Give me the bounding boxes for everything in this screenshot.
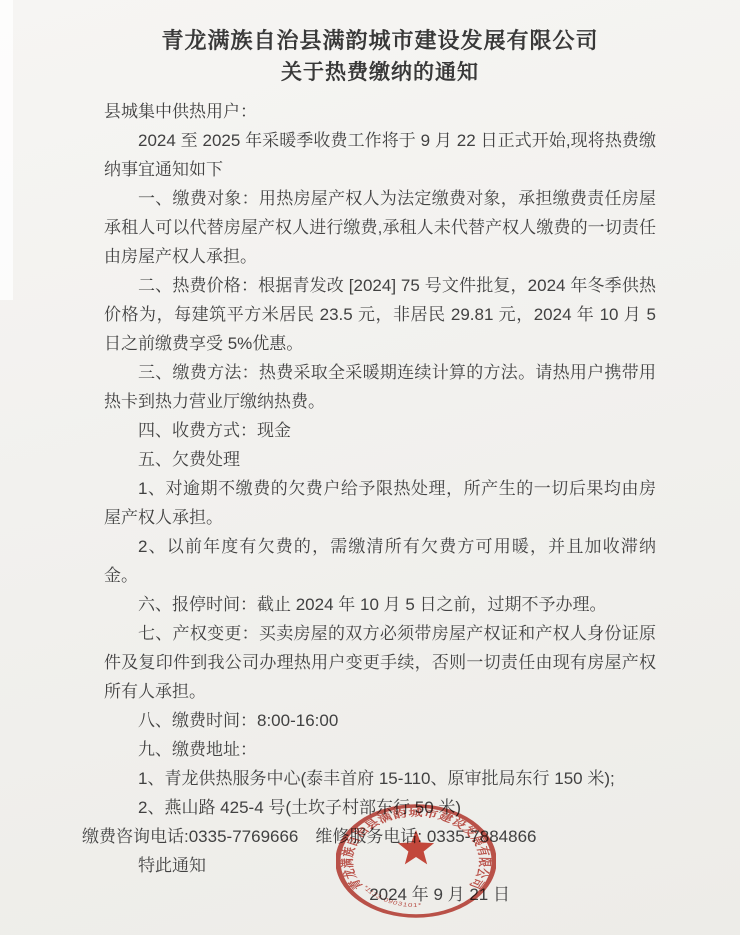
company-title: 青龙满族自治县满韵城市建设发展有限公司 — [104, 24, 656, 57]
notice-item: 一、缴费对象：用热房屋产权人为法定缴费对象，承担缴费责任房屋承租人可以代替房屋产… — [104, 184, 656, 271]
notice-item: 三、缴费方法：热费采取全采暖期连续计算的方法。请热用户携带用热卡到热力营业厅缴纳… — [104, 358, 656, 416]
notice-item: 七、产权变更：买卖房屋的双方必须带房屋产权证和产权人身份证原件及复印件到我公司办… — [104, 619, 656, 706]
notice-item: 1、对逾期不缴费的欠费户给予限热处理，所产生的一切后果均由房屋产权人承担。 — [104, 474, 656, 532]
official-seal-stamp: 青龙满族自治县满韵城市建设发展有限公司 *1133-0903101* — [336, 800, 496, 920]
notice-item: 二、热费价格：根据青发改 [2024] 75 号文件批复，2024 年冬季供热价… — [104, 271, 656, 358]
seal-star-icon — [398, 830, 434, 864]
notice-items: 一、缴费对象：用热房屋产权人为法定缴费对象，承担缴费责任房屋承租人可以代替房屋产… — [104, 184, 656, 822]
notice-item: 2、以前年度有欠费的，需缴清所有欠费方可用暖，并且加收滞纳金。 — [104, 532, 656, 590]
notice-item: 1、青龙供热服务中心(泰丰首府 15-110、原审批局东行 150 米); — [104, 764, 656, 793]
salutation: 县城集中供热用户： — [104, 97, 656, 126]
notice-item: 四、收费方式：现金 — [104, 416, 656, 445]
scan-edge-artifact — [0, 0, 13, 300]
notice-item: 五、欠费处理 — [104, 445, 656, 474]
scanned-notice-page: 青龙满族自治县满韵城市建设发展有限公司 关于热费缴纳的通知 县城集中供热用户： … — [0, 0, 740, 935]
notice-item: 六、报停时间：截止 2024 年 10 月 5 日之前，过期不予办理。 — [104, 590, 656, 619]
notice-item: 八、缴费时间：8:00-16:00 — [104, 706, 656, 735]
seal-ring-circle — [338, 806, 494, 916]
notice-title: 关于热费缴纳的通知 — [104, 57, 656, 89]
intro-paragraph: 2024 至 2025 年采暖季收费工作将于 9 月 22 日正式开始,现将热费… — [104, 126, 656, 184]
notice-item: 九、缴费地址： — [104, 735, 656, 764]
notice-content: 青龙满族自治县满韵城市建设发展有限公司 关于热费缴纳的通知 县城集中供热用户： … — [104, 24, 656, 909]
